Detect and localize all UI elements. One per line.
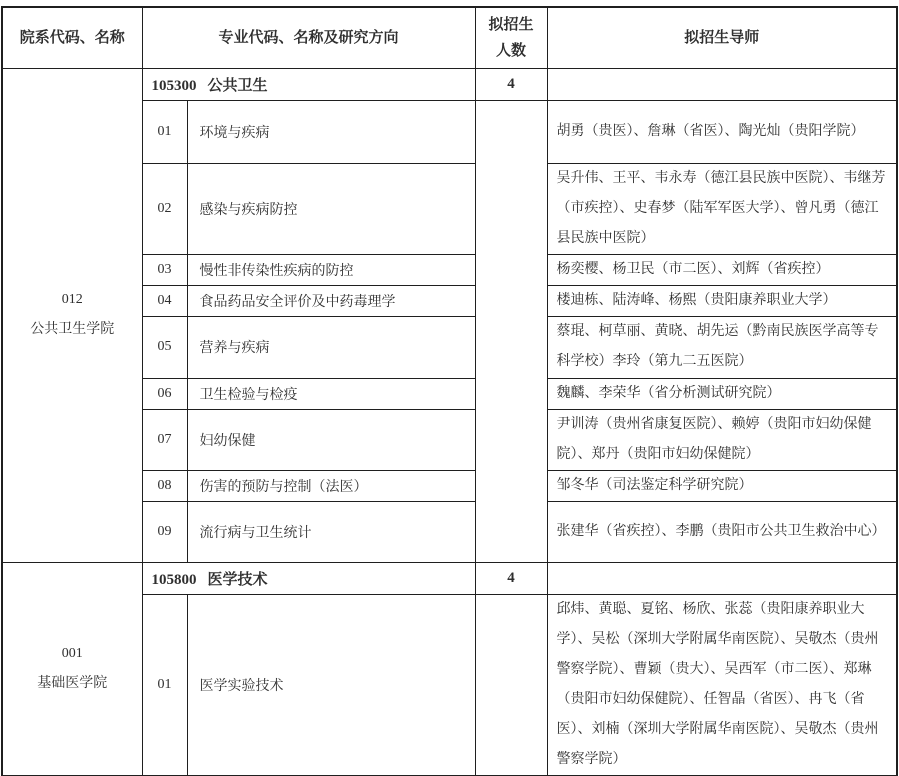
direction-no-cell: 03 <box>142 254 187 285</box>
header-row: 院系代码、名称 专业代码、名称及研究方向 拟招生 人数 拟招生导师 <box>2 7 897 68</box>
header-quota-line2: 人数 <box>476 38 547 64</box>
direction-no-cell: 01 <box>142 594 187 775</box>
header-quota: 拟招生 人数 <box>475 7 547 68</box>
advisors-cell: 蔡琨、柯草丽、黄晓、胡先运（黔南民族医学高等专科学校）李玲（第九二五医院） <box>547 316 897 378</box>
header-advisors: 拟招生导师 <box>547 7 897 68</box>
direction-name-cell: 伤害的预防与控制（法医） <box>187 470 475 501</box>
dept-code: 001 <box>3 639 142 669</box>
program-name: 医学技术 <box>208 572 268 588</box>
dept-cell: 012公共卫生学院 <box>2 68 142 562</box>
direction-name-cell: 食品药品安全评价及中药毒理学 <box>187 285 475 316</box>
advisors-empty-cell <box>547 562 897 594</box>
quota-cell: 4 <box>475 68 547 100</box>
direction-no-cell: 01 <box>142 100 187 163</box>
advisors-cell: 魏麟、李荣华（省分析测试研究院） <box>547 378 897 409</box>
direction-name-cell: 感染与疾病防控 <box>187 163 475 254</box>
direction-name-cell: 医学实验技术 <box>187 594 475 775</box>
direction-no-cell: 06 <box>142 378 187 409</box>
advisors-cell: 邹冬华（司法鉴定科学研究院） <box>547 470 897 501</box>
table-body: 012公共卫生学院105300公共卫生401环境与疾病胡勇（贵医）、詹琳（省医）… <box>2 68 897 776</box>
direction-no-cell: 02 <box>142 163 187 254</box>
admissions-table: 院系代码、名称 专业代码、名称及研究方向 拟招生 人数 拟招生导师 012公共卫… <box>1 6 898 776</box>
direction-name-cell: 慢性非传染性疾病的防控 <box>187 254 475 285</box>
advisors-cell: 杨奕樱、杨卫民（市二医）、刘辉（省疾控） <box>547 254 897 285</box>
program-cell: 105300公共卫生 <box>142 68 475 100</box>
advisors-empty-cell <box>547 68 897 100</box>
dept-name: 基础医学院 <box>3 669 142 699</box>
direction-name-cell: 营养与疾病 <box>187 316 475 378</box>
dept-cell: 001基础医学院 <box>2 562 142 775</box>
direction-name-cell: 卫生检验与检疫 <box>187 378 475 409</box>
advisors-cell: 张建华（省疾控）、李鹏（贵阳市公共卫生救治中心） <box>547 501 897 562</box>
advisors-cell: 胡勇（贵医）、詹琳（省医）、陶光灿（贵阳学院） <box>547 100 897 163</box>
quota-merged-empty-cell <box>475 594 547 775</box>
direction-name-cell: 妇幼保健 <box>187 409 475 470</box>
direction-no-cell: 05 <box>142 316 187 378</box>
header-program: 专业代码、名称及研究方向 <box>142 7 475 68</box>
program-cell: 105800医学技术 <box>142 562 475 594</box>
program-code: 105300 <box>152 78 197 94</box>
direction-no-cell: 07 <box>142 409 187 470</box>
advisors-cell: 吴升伟、王平、韦永寿（德江县民族中医院）、韦继芳（市疾控）、史春梦（陆军军医大学… <box>547 163 897 254</box>
direction-no-cell: 09 <box>142 501 187 562</box>
program-row: 012公共卫生学院105300公共卫生4 <box>2 68 897 100</box>
direction-no-cell: 08 <box>142 470 187 501</box>
dept-name: 公共卫生学院 <box>3 315 142 345</box>
header-dept: 院系代码、名称 <box>2 7 142 68</box>
direction-name-cell: 流行病与卫生统计 <box>187 501 475 562</box>
direction-name-cell: 环境与疾病 <box>187 100 475 163</box>
dept-code: 012 <box>3 285 142 315</box>
header-quota-line1: 拟招生 <box>476 12 547 38</box>
advisors-cell: 楼迪栋、陆涛峰、杨熙（贵阳康养职业大学） <box>547 285 897 316</box>
program-row: 001基础医学院105800医学技术4 <box>2 562 897 594</box>
document-page: 院系代码、名称 专业代码、名称及研究方向 拟招生 人数 拟招生导师 012公共卫… <box>0 0 899 776</box>
advisors-cell: 尹训涛（贵州省康复医院）、赖婷（贵阳市妇幼保健院）、郑丹（贵阳市妇幼保健院） <box>547 409 897 470</box>
advisors-cell: 邱炜、黄聪、夏铭、杨欣、张蕊（贵阳康养职业大学）、吴松（深圳大学附属华南医院）、… <box>547 594 897 775</box>
quota-merged-empty-cell <box>475 100 547 562</box>
program-name: 公共卫生 <box>208 78 268 94</box>
program-code: 105800 <box>152 572 197 588</box>
quota-cell: 4 <box>475 562 547 594</box>
direction-no-cell: 04 <box>142 285 187 316</box>
